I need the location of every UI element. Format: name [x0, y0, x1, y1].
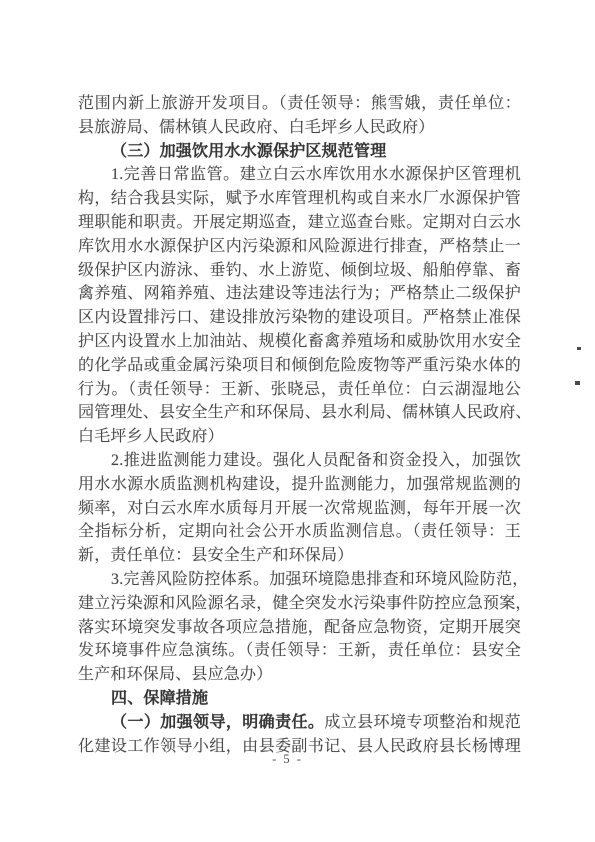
- text-segment: 行为。（责任领导：王新、张晓忌，责任单位：白云湖湿地公: [78, 381, 521, 398]
- text-segment: 的化学品或重金属污染项目和倾倒危险废物等严重污染水体的: [78, 357, 521, 374]
- text-segment: 成立县环境专项整治和规范: [324, 714, 521, 731]
- text-segment: 县旅游局、儒林镇人民政府、白毛坪乡人民政府）: [78, 119, 434, 136]
- text-line: 3.完善风险防控体系。加强环境隐患排查和环境风险防范，: [78, 568, 521, 592]
- text-segment: 禽养殖、网箱养殖、违法建设等违法行为；严格禁止二级保护: [78, 285, 521, 302]
- text-line: 建立污染源和风险源名录，健全突发水污染事件防控应急预案，: [78, 592, 521, 616]
- text-line: 1.完善日常监管。建立白云水库饮用水水源保护区管理机: [78, 163, 521, 187]
- text-segment: 护区内设置水上加油站、规模化畜禽养殖场和威胁饮用水安全: [78, 333, 521, 350]
- text-segment: 发环境事件应急演练。（责任领导：王新，责任单位：县安全: [78, 642, 521, 659]
- text-line: 范围内新上旅游开发项目。（责任领导：熊雪娥，责任单位：: [78, 92, 521, 116]
- text-line: （一）加强领导，明确责任。成立县环境专项整治和规范: [78, 711, 521, 735]
- document-body: 范围内新上旅游开发项目。（责任领导：熊雪娥，责任单位：县旅游局、儒林镇人民政府、…: [78, 92, 521, 758]
- text-segment: 范围内新上旅游开发项目。（责任领导：熊雪娥，责任单位：: [78, 95, 521, 112]
- document-page: 范围内新上旅游开发项目。（责任领导：熊雪娥，责任单位：县旅游局、儒林镇人民政府、…: [0, 0, 595, 842]
- text-line: 2.推进监测能力建设。强化人员配备和资金投入，加强饮: [78, 449, 521, 473]
- text-line: 发环境事件应急演练。（责任领导：王新，责任单位：县安全: [78, 639, 521, 663]
- text-segment: 级保护区内游泳、垂钓、水上游览、倾倒垃圾、船舶停靠、畜: [78, 262, 521, 279]
- text-line: 库饮用水水源保护区内污染源和风险源进行排查，严格禁止一: [78, 235, 521, 259]
- text-line: 频率，对白云水库水质每月开展一次常规监测，每年开展一次: [78, 497, 521, 521]
- text-segment: 区内设置排污口、建设排放污染物的建设项目。严格禁止准保: [78, 309, 521, 326]
- text-line: 构，结合我县实际，赋予水库管理机构或自来水厂水源保护管: [78, 187, 521, 211]
- text-segment: 理职能和职责。开展定期巡查，建立巡查台账。定期对白云水: [78, 214, 521, 231]
- text-segment: 生产和环保局、县应急办）: [78, 666, 272, 683]
- text-line: 白毛坪乡人民政府）: [78, 425, 521, 449]
- text-segment: 2.推进监测能力建设。强化人员配备和资金投入，加强饮: [111, 452, 521, 469]
- text-segment-bold: 四、保障措施: [111, 690, 208, 707]
- text-line: 四、保障措施: [78, 687, 521, 711]
- text-line: 园管理处、县安全生产和环保局、县水利局、儒林镇人民政府、: [78, 401, 521, 425]
- text-segment: 用水水源水质监测机构建设，提升监测能力，加强常规监测的: [78, 476, 521, 493]
- text-line: 的化学品或重金属污染项目和倾倒危险废物等严重污染水体的: [78, 354, 521, 378]
- text-segment: 园管理处、县安全生产和环保局、县水利局、儒林镇人民政府、: [78, 404, 532, 421]
- text-line: 理职能和职责。开展定期巡查，建立巡查台账。定期对白云水: [78, 211, 521, 235]
- text-segment: 白毛坪乡人民政府）: [78, 428, 224, 445]
- text-line: 级保护区内游泳、垂钓、水上游览、倾倒垃圾、船舶停靠、畜: [78, 259, 521, 283]
- text-segment-bold: （三）加强饮用水水源保护区规范管理: [111, 143, 386, 160]
- text-segment: 频率，对白云水库水质每月开展一次常规监测，每年开展一次: [78, 500, 521, 517]
- text-segment: 建立污染源和风险源名录，健全突发水污染事件防控应急预案，: [78, 595, 532, 612]
- text-line: （三）加强饮用水水源保护区规范管理: [78, 140, 521, 164]
- text-segment: 全指标分析，定期向社会公开水质监测信息。（责任领导：王: [78, 523, 521, 540]
- text-line: 行为。（责任领导：王新、张晓忌，责任单位：白云湖湿地公: [78, 378, 521, 402]
- text-segment: 库饮用水水源保护区内污染源和风险源进行排查，严格禁止一: [78, 238, 521, 255]
- text-segment: 3.完善风险防控体系。加强环境隐患排查和环境风险防范，: [111, 571, 528, 588]
- text-segment: 构，结合我县实际，赋予水库管理机构或自来水厂水源保护管: [78, 190, 521, 207]
- scan-speck: [575, 381, 580, 385]
- text-segment: 1.完善日常监管。建立白云水库饮用水水源保护区管理机: [111, 166, 521, 183]
- text-line: 新，责任单位：县安全生产和环保局）: [78, 544, 521, 568]
- text-line: 县旅游局、儒林镇人民政府、白毛坪乡人民政府）: [78, 116, 521, 140]
- text-segment: 落实环境突发事故各项应急措施，配备应急物资，定期开展突: [78, 619, 521, 636]
- text-line: 全指标分析，定期向社会公开水质监测信息。（责任领导：王: [78, 520, 521, 544]
- text-line: 护区内设置水上加油站、规模化畜禽养殖场和威胁饮用水安全: [78, 330, 521, 354]
- text-line: 区内设置排污口、建设排放污染物的建设项目。严格禁止准保: [78, 306, 521, 330]
- text-segment: 新，责任单位：县安全生产和环保局）: [78, 547, 353, 564]
- page-number: - 5 -: [0, 752, 575, 767]
- text-lines: 范围内新上旅游开发项目。（责任领导：熊雪娥，责任单位：县旅游局、儒林镇人民政府、…: [78, 92, 521, 758]
- scan-speck: [577, 347, 581, 350]
- text-line: 禽养殖、网箱养殖、违法建设等违法行为；严格禁止二级保护: [78, 282, 521, 306]
- text-line: 落实环境突发事故各项应急措施，配备应急物资，定期开展突: [78, 616, 521, 640]
- text-line: 生产和环保局、县应急办）: [78, 663, 521, 687]
- text-line: 用水水源水质监测机构建设，提升监测能力，加强常规监测的: [78, 473, 521, 497]
- text-segment-bold: （一）加强领导，明确责任。: [111, 714, 324, 731]
